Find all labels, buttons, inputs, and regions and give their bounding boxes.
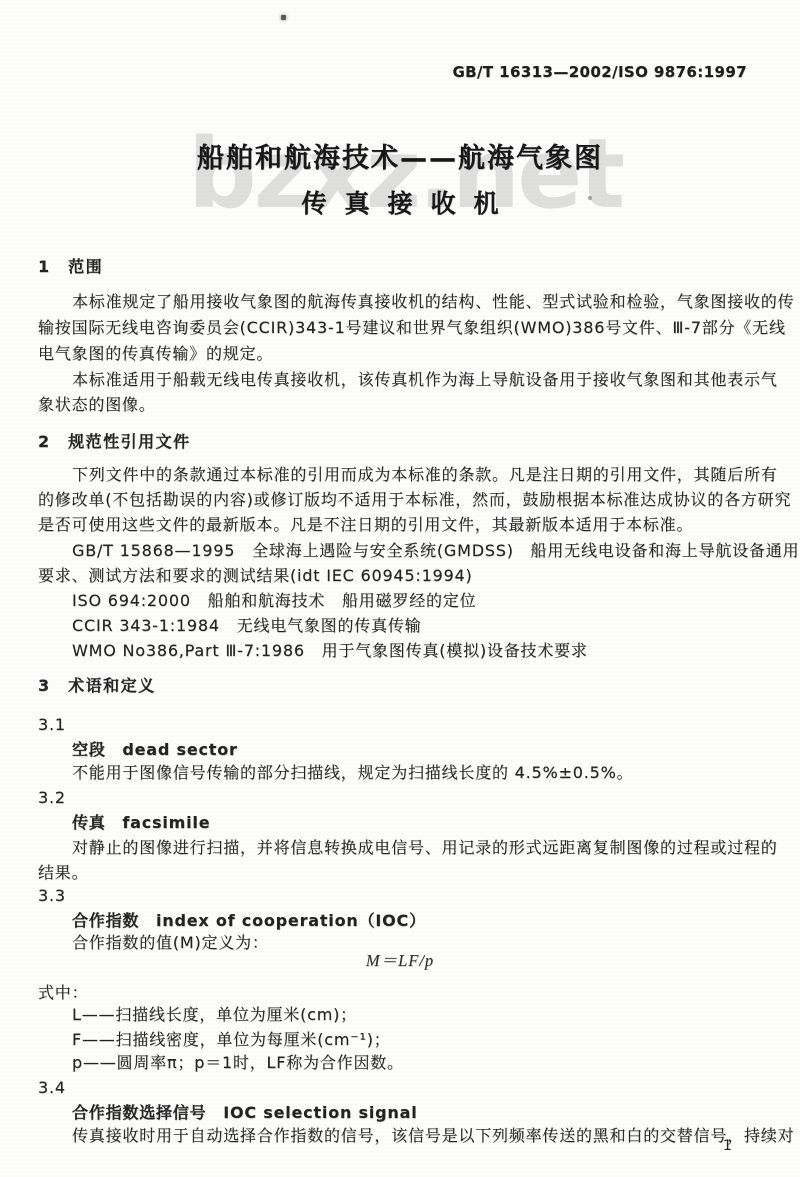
standard-code: GB/T 16313—2002/ISO 9876:1997 (452, 63, 747, 81)
paragraph-line: 本标准适用于船载无线电传真接收机，该传真机作为海上导航设备用于接收气象图和其他表… (72, 369, 778, 390)
section-2-heading: 2 规范性引用文件 (38, 431, 191, 452)
paragraph-line: 下列文件中的条款通过本标准的引用而成为本标准的条款。凡是注日期的引用文件，其随后… (72, 464, 778, 485)
document-title: 船舶和航海技术——航海气象图 传真接收机 (0, 136, 800, 220)
paragraph-line: 象状态的图像。 (38, 394, 156, 415)
section-3-heading: 3 术语和定义 (38, 675, 156, 696)
term-definition: 结果。 (38, 862, 88, 883)
term-title: 合作指数 index of cooperation（IOC） (72, 910, 426, 931)
formula: M＝LF/p (0, 947, 800, 971)
paragraph-line: 本标准规定了船用接收气象图的航海传真接收机的结构、性能、型式试验和检验，气象图接… (72, 291, 794, 312)
term-definition: 对静止的图像进行扫描，并将信息转换成电信号、用记录的形式远距离复制图像的过程或过… (72, 837, 778, 858)
reference-item: 要求、测试方法和要求的测试结果(idt IEC 60945:1994) (38, 565, 473, 586)
reference-item: WMO No386,Part Ⅲ-7:1986 用于气象图传真(模拟)设备技术要… (72, 640, 588, 661)
section-1-heading: 1 范围 (38, 256, 103, 277)
paragraph-line: 电气象图的传真传输》的规定。 (38, 343, 273, 364)
term-definition: 不能用于图像信号传输的部分扫描线，规定为扫描线长度的 4.5%±0.5%。 (72, 762, 633, 783)
reference-item: ISO 694:2000 船舶和航海技术 船用磁罗经的定位 (72, 590, 476, 611)
term-number: 3.4 (38, 1077, 66, 1098)
page-number: 1 (723, 1138, 732, 1154)
paragraph-line: 是否可使用这些文件的最新版本。凡是不注日期的引用文件，其最新版本适用于本标准。 (38, 514, 693, 535)
variable-definition: F——扫描线密度，单位为每厘米(cm⁻¹)； (72, 1029, 391, 1050)
scan-artifact-dot (281, 15, 286, 20)
term-title: 空段 dead sector (72, 739, 238, 760)
term-number: 3.3 (38, 885, 66, 906)
reference-item: GB/T 15868—1995 全球海上遇险与安全系统(GMDSS) 船用无线电… (72, 540, 799, 561)
paragraph-line: 的修改单(不包括勘误的内容)或修订版均不适用于本标准，然而，鼓励根据本标准达成协… (38, 489, 791, 510)
variable-definition: L——扫描线长度，单位为厘米(cm)； (72, 1004, 357, 1025)
term-number: 3.1 (38, 714, 66, 735)
term-definition: 传真接收时用于自动选择合作指数的信号，该信号是以下列频率传送的黑和白的交替信号，… (72, 1125, 794, 1146)
term-number: 3.2 (38, 787, 66, 808)
reference-item: CCIR 343-1:1984 无线电气象图的传真传输 (72, 615, 421, 636)
scanned-document-page: GB/T 16313—2002/ISO 9876:1997 bzxz.net 船… (0, 0, 800, 1177)
variable-definition: p——圆周率π；p＝1时，LF称为合作因数。 (72, 1052, 404, 1073)
document-title-line1: 船舶和航海技术——航海气象图 (0, 136, 800, 175)
where-label: 式中： (38, 982, 88, 1003)
term-title: 传真 facsimile (72, 812, 210, 833)
paragraph-line: 输按国际无线电咨询委员会(CCIR)343-1号建议和世界气象组织(WMO)38… (38, 317, 786, 338)
term-title: 合作指数选择信号 IOC selection signal (72, 1102, 417, 1123)
document-title-line2: 传真接收机 (0, 184, 800, 220)
